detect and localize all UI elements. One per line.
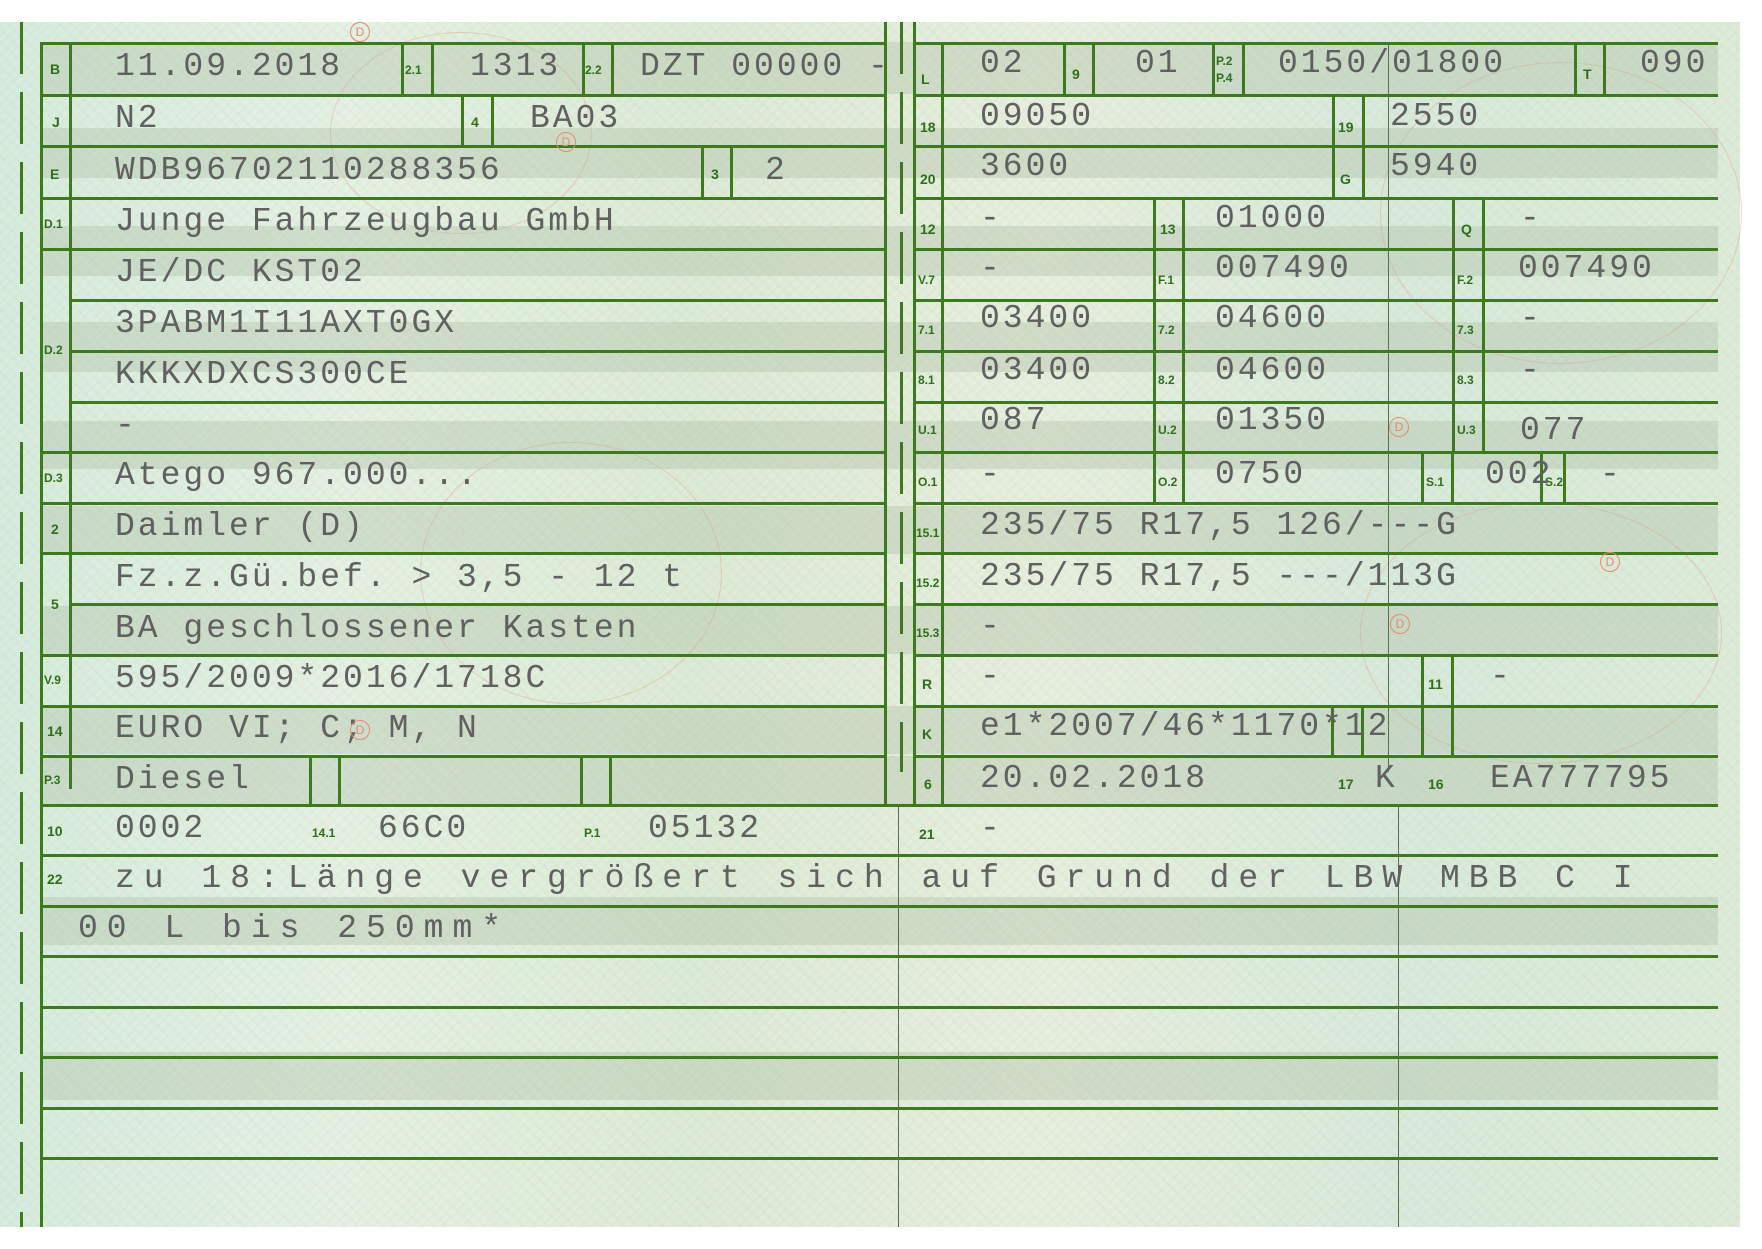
field-label-7-1: 7.1	[918, 324, 935, 336]
field-5-line1: Fz.z.Gü.bef. > 3,5 - 12 t	[115, 561, 685, 594]
grid-line	[491, 94, 494, 145]
grid-line	[913, 94, 1718, 97]
grid-line	[941, 42, 944, 807]
grid-line	[40, 42, 887, 45]
grid-line	[40, 502, 887, 505]
field-label-2-1: 2.1	[405, 64, 422, 76]
field-label-4: 4	[471, 115, 479, 129]
field-Q-value: -	[1520, 202, 1543, 235]
security-stamp-icon: D	[556, 132, 576, 152]
grid-line	[913, 552, 1718, 555]
field-9-value: 01	[1135, 47, 1181, 80]
grid-line	[1421, 654, 1424, 705]
grid-line	[40, 248, 887, 251]
field-J-value: N2	[115, 102, 161, 135]
grid-line	[40, 755, 887, 758]
field-label-2: 2	[51, 522, 59, 536]
field-label-18: 18	[920, 120, 936, 134]
grid-line	[1452, 197, 1455, 452]
field-label-9: 9	[1072, 67, 1080, 81]
field-P1-value: 05132	[648, 812, 762, 845]
grid-line	[913, 755, 1718, 758]
field-label-19: 19	[1338, 120, 1354, 134]
grid-line	[913, 502, 1718, 505]
grid-line	[1451, 705, 1454, 755]
field-label-P4: P.4	[1216, 72, 1232, 84]
grid-line	[40, 197, 887, 200]
field-13-value: 01000	[1215, 202, 1329, 235]
field-3-value: 2	[765, 154, 788, 187]
security-stamp-icon: D	[1600, 552, 1620, 572]
field-label-15-2: 15.2	[916, 577, 939, 589]
field-label-K: K	[922, 727, 932, 741]
field-label-22: 22	[47, 872, 63, 886]
field-label-7-3: 7.3	[1457, 324, 1474, 336]
security-stamp-icon: D	[350, 720, 370, 740]
field-D2-line3: KKKXDXCS300CE	[115, 358, 411, 391]
field-8-2-value: 04600	[1215, 354, 1329, 387]
grid-line	[69, 299, 887, 302]
field-label-J: J	[52, 115, 60, 129]
grid-line	[69, 350, 887, 353]
field-U1-value: 087	[980, 404, 1048, 437]
field-label-G: G	[1340, 172, 1351, 186]
field-label-S1: S.1	[1426, 476, 1444, 488]
field-label-F2: F.2	[1457, 274, 1473, 286]
grid-line	[309, 755, 312, 804]
field-label-T: T	[1583, 67, 1592, 81]
field-label-P2: P.2	[1216, 55, 1232, 67]
grid-line	[69, 401, 887, 404]
field-V9-value: 595/2009*2016/1718C	[115, 662, 548, 695]
field-8-3-value: -	[1520, 354, 1543, 387]
field-15-2-value: 235/75 R17,5 ---/113G	[980, 560, 1459, 593]
grid-line	[1182, 197, 1185, 503]
field-B-value: 11.09.2018	[115, 50, 343, 83]
field-K-value: e1*2007/46*1170*12	[980, 710, 1390, 743]
field-F2-value: 007490	[1518, 252, 1655, 285]
grid-line	[401, 42, 404, 94]
security-stamp-icon: D	[1390, 614, 1410, 634]
grid-line	[1451, 654, 1454, 705]
field-label-5: 5	[51, 597, 59, 611]
field-label-12: 12	[920, 222, 936, 236]
field-19-value: 2550	[1390, 100, 1481, 133]
grid-line	[40, 552, 887, 555]
field-label-U1: U.1	[918, 424, 937, 436]
field-label-O1: O.1	[918, 476, 937, 488]
security-stamp-icon: D	[1389, 417, 1409, 437]
row-shade	[40, 756, 1718, 804]
field-label-20: 20	[920, 172, 936, 186]
grid-line	[1574, 42, 1577, 94]
field-6-value: 20.02.2018	[980, 762, 1208, 795]
field-7-2-value: 04600	[1215, 302, 1329, 335]
field-15-3-value: -	[980, 610, 1003, 643]
grid-line	[1092, 42, 1095, 94]
field-label-8-1: 8.1	[918, 374, 935, 386]
field-label-V9: V.9	[44, 674, 61, 686]
field-U3-value: 077	[1520, 414, 1588, 447]
field-D2-line2: 3PABM1I11AXT0GX	[115, 307, 457, 340]
field-12-value: -	[980, 202, 1003, 235]
field-T-value: 090	[1640, 47, 1708, 80]
field-label-13: 13	[1160, 222, 1176, 236]
field-label-2-2: 2.2	[585, 64, 602, 76]
grid-line	[40, 145, 887, 148]
field-7-3-value: -	[1520, 302, 1543, 335]
field-S2-value: -	[1600, 458, 1623, 491]
grid-line	[1451, 451, 1454, 502]
field-D1-value: Junge Fahrzeugbau GmbH	[115, 205, 617, 238]
grid-line	[1603, 42, 1606, 94]
row-shade	[40, 1052, 1718, 1100]
grid-line	[40, 854, 1718, 857]
field-O1-value: -	[980, 458, 1003, 491]
grid-line	[730, 145, 733, 197]
perforation-line	[900, 22, 903, 772]
field-D2-line4: -	[115, 409, 138, 442]
field-G-value: 5940	[1390, 150, 1481, 183]
field-label-D1: D.1	[44, 218, 63, 230]
field-P2P4-value: 0150/01800	[1278, 47, 1506, 80]
grid-line	[40, 42, 43, 1227]
grid-line	[40, 705, 887, 708]
grid-line	[40, 905, 1718, 908]
field-label-6: 6	[924, 777, 932, 791]
field-label-21: 21	[919, 827, 935, 841]
field-E-value: WDB96702110288356	[115, 154, 503, 187]
field-label-14-1: 14.1	[312, 827, 335, 839]
grid-line	[69, 603, 887, 606]
field-label-D2: D.2	[44, 344, 63, 356]
field-2-value: Daimler (D)	[115, 510, 366, 543]
grid-line	[609, 755, 612, 804]
field-label-U2: U.2	[1158, 424, 1177, 436]
field-label-7-2: 7.2	[1158, 324, 1175, 336]
grid-line	[1362, 94, 1365, 197]
perforation-line	[20, 22, 23, 1227]
field-label-3: 3	[711, 167, 719, 181]
grid-line	[1388, 42, 1389, 772]
field-label-E: E	[50, 167, 59, 181]
field-O2-value: 0750	[1215, 458, 1306, 491]
grid-line	[1421, 451, 1424, 502]
field-11-value: -	[1490, 660, 1513, 693]
remarks-line1: zu 18:Länge vergrößert sich auf Grund de…	[115, 862, 1642, 895]
field-label-B: B	[50, 62, 60, 76]
grid-line	[701, 145, 704, 197]
security-stamp-icon: D	[350, 22, 370, 42]
grid-line	[1563, 451, 1566, 502]
field-R-value: -	[980, 660, 1003, 693]
field-label-8-3: 8.3	[1457, 374, 1474, 386]
grid-line	[1332, 94, 1335, 197]
field-10-value: 0002	[115, 812, 206, 845]
field-label-P1: P.1	[584, 827, 600, 839]
field-4-value: BA03	[530, 102, 621, 135]
field-label-15-1: 15.1	[916, 527, 939, 539]
registration-document: B 2.1 2.2 J 4 E 3 D.1 D.2 D.3 2 5 V.9 14…	[0, 22, 1740, 1227]
field-P3-value: Diesel	[115, 763, 252, 796]
field-label-14: 14	[47, 724, 63, 738]
field-18-value: 09050	[980, 100, 1094, 133]
field-label-D3: D.3	[44, 472, 63, 484]
grid-line	[40, 451, 887, 454]
grid-line	[40, 1006, 1718, 1009]
field-5-line2: BA geschlossener Kasten	[115, 612, 639, 645]
field-D3-value: Atego 967.000...	[115, 459, 480, 492]
grid-line	[40, 955, 1718, 958]
field-label-11: 11	[1428, 677, 1443, 691]
field-L-value: 02	[980, 47, 1026, 80]
field-label-L: L	[921, 72, 930, 86]
grid-line	[69, 42, 72, 789]
grid-line	[611, 42, 614, 94]
grid-line	[1063, 42, 1066, 94]
field-label-17: 17	[1338, 777, 1354, 791]
field-21-value: -	[980, 812, 1003, 845]
field-S1-value: 002	[1485, 458, 1553, 491]
grid-line	[1153, 451, 1156, 502]
field-U2-value: 01350	[1215, 404, 1329, 437]
field-V7-value: -	[980, 252, 1003, 285]
grid-line	[1482, 197, 1485, 452]
grid-line	[461, 94, 464, 145]
field-2-1-value: 1313	[470, 50, 561, 83]
field-label-Q: Q	[1461, 222, 1472, 236]
grid-line	[913, 654, 1718, 657]
field-17-value: K	[1375, 762, 1398, 795]
field-20-value: 3600	[980, 150, 1071, 183]
field-14-1-value: 66C0	[378, 812, 469, 845]
field-label-R: R	[922, 677, 932, 691]
grid-line	[40, 1157, 1718, 1160]
grid-line	[1421, 705, 1424, 755]
grid-line	[913, 22, 916, 807]
grid-line	[913, 603, 1718, 606]
grid-line	[1153, 197, 1156, 452]
field-label-16: 16	[1428, 777, 1444, 791]
field-label-V7: V.7	[918, 274, 935, 286]
grid-line	[40, 1056, 1718, 1059]
field-label-U3: U.3	[1457, 424, 1476, 436]
field-15-1-value: 235/75 R17,5 126/---G	[980, 509, 1459, 542]
field-label-O2: O.2	[1158, 476, 1177, 488]
grid-line	[40, 1107, 1718, 1110]
field-14-value: EURO VI; C; M, N	[115, 712, 480, 745]
field-label-F1: F.1	[1158, 274, 1174, 286]
field-7-1-value: 03400	[980, 302, 1094, 335]
grid-line	[884, 22, 887, 807]
grid-line	[1242, 42, 1245, 94]
field-label-8-2: 8.2	[1158, 374, 1175, 386]
field-F1-value: 007490	[1215, 252, 1352, 285]
grid-line	[580, 755, 583, 804]
remarks-line2: 00 L bis 250mm*	[78, 912, 510, 945]
field-2-2-value: DZT 00000 -	[640, 50, 891, 83]
field-label-10: 10	[47, 824, 63, 838]
grid-line	[40, 804, 1718, 807]
grid-line	[40, 654, 887, 657]
field-D2-line1: JE/DC KST02	[115, 256, 366, 289]
grid-line	[431, 42, 434, 94]
field-label-P3: P.3	[44, 774, 60, 786]
grid-line	[913, 451, 1718, 454]
field-label-15-3: 15.3	[916, 627, 939, 639]
grid-line	[338, 755, 341, 804]
field-16-value: EA777795	[1490, 762, 1672, 795]
field-8-1-value: 03400	[980, 354, 1094, 387]
grid-line	[1212, 42, 1215, 94]
